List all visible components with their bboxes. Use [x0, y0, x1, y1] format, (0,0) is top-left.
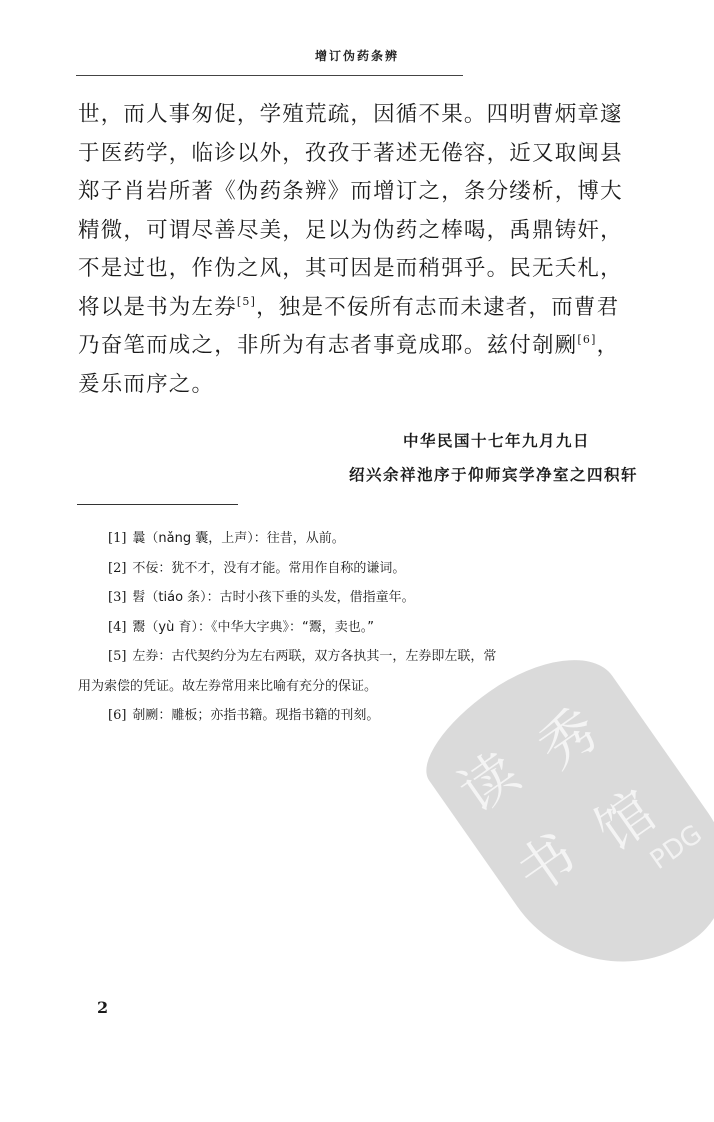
footnote-3: [3]髫（tiáo 条）：古时小孩下垂的头发，借指童年。 [78, 583, 658, 613]
body-line: 乃奋笔而成之，非所为有志者事竟成耶。兹付剞劂[6]， [78, 327, 646, 366]
body-line: 于医药学，临诊以外，孜孜于著述无倦容，近又取闽县 [78, 135, 646, 174]
body-line: 不是过也，作伪之风，其可因是而稍弭乎。民无夭札， [78, 250, 646, 289]
body-text-segment: ， [597, 333, 620, 358]
body-line: 世，而人事匆促，学殖荒疏，因循不果。四明曹炳章邃 [78, 96, 646, 135]
header-rule [76, 75, 463, 76]
footnote-number: [3] [108, 590, 126, 605]
footnote-number: [5] [108, 649, 126, 664]
body-text-segment: 乃奋笔而成之，非所为有志者事竟成耶。兹付剞劂 [78, 333, 577, 358]
body-line: 将以是书为左券[5]，独是不佞所有志而未逮者，而曹君 [78, 289, 646, 328]
signature-author: 绍兴余祥池序于仰师宾学净室之四积轩 [349, 458, 638, 492]
footnote-number: [4] [108, 620, 126, 635]
footnote-text: 曩（nǎng 囊，上声）：往昔，从前。 [132, 531, 344, 546]
body-line: 精微，可谓尽善尽美，足以为伪药之棒喝，禹鼎铸奸， [78, 212, 646, 251]
running-head: 增订伪药条辨 [0, 47, 714, 64]
footnote-text: 剞劂：雕板；亦指书籍。现指书籍的刊刻。 [132, 708, 379, 723]
body-text-segment: 将以是书为左券 [78, 295, 237, 320]
footnote-1: [1]曩（nǎng 囊，上声）：往昔，从前。 [78, 524, 658, 554]
footnote-separator [77, 504, 238, 505]
footnote-text: 左券：古代契约分为左右两联，双方各执其一，左券即左联，常 [132, 649, 496, 664]
footnote-ref-5[interactable]: [5] [237, 295, 256, 308]
footnote-text: 不佞：犹不才，没有才能。常用作自称的谦词。 [132, 561, 405, 576]
footnote-ref-6[interactable]: [6] [577, 333, 596, 346]
footnote-2: [2]不佞：犹不才，没有才能。常用作自称的谦词。 [78, 554, 658, 584]
signature-date: 中华民国十七年九月九日 [349, 424, 638, 458]
body-line: 郑子肖岩所著《伪药条辨》而增订之，条分缕析，博大 [78, 173, 646, 212]
footnote-number: [2] [108, 561, 126, 576]
footnote-number: [6] [108, 708, 126, 723]
body-line: 爰乐而序之。 [78, 366, 646, 405]
footnote-text: 髫（tiáo 条）：古时小孩下垂的头发，借指童年。 [132, 590, 414, 605]
footnote-text: 鬻（yù 育）：《中华大字典》：“鬻，卖也。” [132, 620, 374, 635]
footnote-number: [1] [108, 531, 126, 546]
page-number: 2 [97, 998, 108, 1017]
preface-body: 世，而人事匆促，学殖荒疏，因循不果。四明曹炳章邃 于医药学，临诊以外，孜孜于著述… [78, 96, 646, 404]
body-text-segment: ，独是不佞所有志而未逮者，而曹君 [256, 295, 619, 320]
signature-block: 中华民国十七年九月九日 绍兴余祥池序于仰师宾学净室之四积轩 [349, 424, 638, 492]
